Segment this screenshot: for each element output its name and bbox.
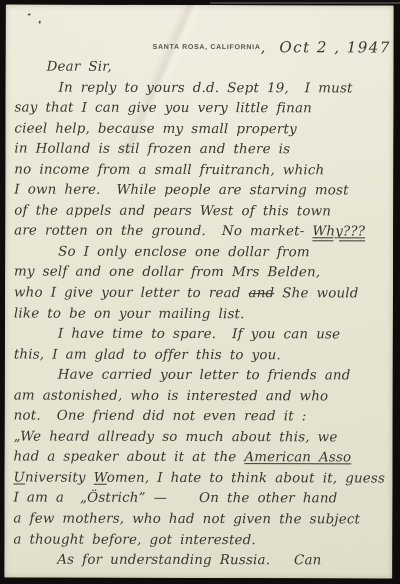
letter-segment: no income from a small fruitranch, which [14, 162, 324, 178]
letter-segment-u: W [94, 471, 107, 486]
letter-body: Dear Sir,In reply to yours d.d. Sept 19,… [13, 58, 387, 573]
letter-segment: a thought before, got interested. [13, 532, 256, 548]
paper-speck [28, 14, 31, 16]
letter-line: a few mothers, who had not given the sub… [13, 510, 386, 532]
letter-segment: my self and one dollar from Mrs Belden, [14, 265, 320, 281]
letter-line: „We heard allready so much about this, w… [14, 427, 387, 449]
letter-segment: a few mothers, who had not given the sub… [13, 512, 360, 528]
letter-line: I have time to spare. If you can use [14, 325, 387, 347]
letter-line: I am a „Östrich” — On the other hand [13, 489, 386, 511]
letter-segment: are rotten on the ground. No market- [14, 224, 312, 240]
letter-segment: like to be on your mailing list. [14, 306, 245, 322]
letter-line: this, I am glad to offer this to you. [14, 345, 387, 367]
letter-line: like to be on your mailing list. [14, 304, 387, 326]
letter-line: are rotten on the ground. No market- Why… [14, 222, 387, 244]
letter-segment: say that I can give you very little fina… [14, 101, 312, 117]
letter-segment: had a speaker about it at the [14, 450, 245, 466]
letter-segment-u: U [13, 470, 25, 485]
letter-segment: Have carried your letter to friends and [58, 368, 351, 384]
letter-segment: this, I am glad to offer this to you. [14, 347, 281, 363]
letter-segment: „We heard allready so much about this, w… [14, 429, 338, 445]
letter-line: Have carried your letter to friends and [14, 366, 387, 388]
letter-segment: I have time to spare. If you can use [58, 327, 340, 343]
letter-line: cieel help, because my small property [14, 119, 387, 141]
letter-segment: in Holland is stil frozen and there is [14, 142, 290, 158]
letter-segment-du: Why??? [312, 225, 365, 240]
letter-line: As for understanding Russia. Can [13, 551, 386, 573]
letter-segment: niversity [25, 470, 94, 485]
letterhead: SANTA ROSA, CALIFORNIA, Oct 2 , 1947 [153, 38, 391, 57]
letter-segment-s: and [249, 286, 275, 301]
letterhead-city: SANTA ROSA, CALIFORNIA [153, 44, 261, 51]
scanned-letter: SANTA ROSA, CALIFORNIA, Oct 2 , 1947 Dea… [0, 0, 400, 584]
letter-segment-u: American Asso [244, 451, 351, 466]
letter-segment: cieel help, because my small property [14, 121, 296, 137]
letter-line: am astonished, who is interested and who [14, 386, 387, 408]
letter-segment: I own here. While people are starving mo… [14, 183, 348, 199]
letter-line: a thought before, got interested. [13, 530, 386, 552]
letter-segment: As for understanding Russia. Can [57, 553, 321, 569]
letter-segment: who I give your letter to read [14, 286, 249, 302]
letter-segment: of the appels and pears West of this tow… [14, 203, 331, 219]
letter-segment: omen, I hate to think about it, guess [107, 471, 385, 487]
letter-segment: am astonished, who is interested and who [14, 388, 329, 404]
letter-line: of the appels and pears West of this tow… [14, 201, 387, 223]
letter-line: who I give your letter to read and She w… [14, 284, 387, 306]
letter-segment: Dear Sir, [47, 60, 112, 75]
letter-line: So I only enclose one dollar from [14, 242, 387, 264]
letter-line: not. One friend did not even read it : [14, 407, 387, 429]
letter-line: say that I can give you very little fina… [14, 99, 387, 121]
letter-line: Dear Sir, [15, 58, 388, 80]
letterhead-date: , Oct 2 , 1947 [261, 38, 391, 56]
letter-line: had a speaker about it at the American A… [14, 448, 387, 470]
letter-line: in Holland is stil frozen and there is [14, 140, 387, 162]
letter-segment: I am a „Östrich” — On the other hand [13, 491, 337, 507]
letter-segment: She would [274, 286, 358, 301]
letter-paper: SANTA ROSA, CALIFORNIA, Oct 2 , 1947 Dea… [4, 4, 393, 578]
letter-line: my self and one dollar from Mrs Belden, [14, 263, 387, 285]
letter-segment: In reply to yours d.d. Sept 19, I must [59, 80, 353, 96]
letter-segment: not. One friend did not even read it : [14, 409, 307, 425]
letter-line: University Women, I hate to think about … [13, 468, 386, 490]
letter-segment: So I only enclose one dollar from [58, 245, 310, 261]
letter-line: I own here. While people are starving mo… [14, 181, 387, 203]
letter-line: no income from a small fruitranch, which [14, 160, 387, 182]
scan-edge-artifact [210, 2, 400, 4]
letter-line: In reply to yours d.d. Sept 19, I must [15, 78, 388, 100]
paper-speck [39, 21, 41, 24]
